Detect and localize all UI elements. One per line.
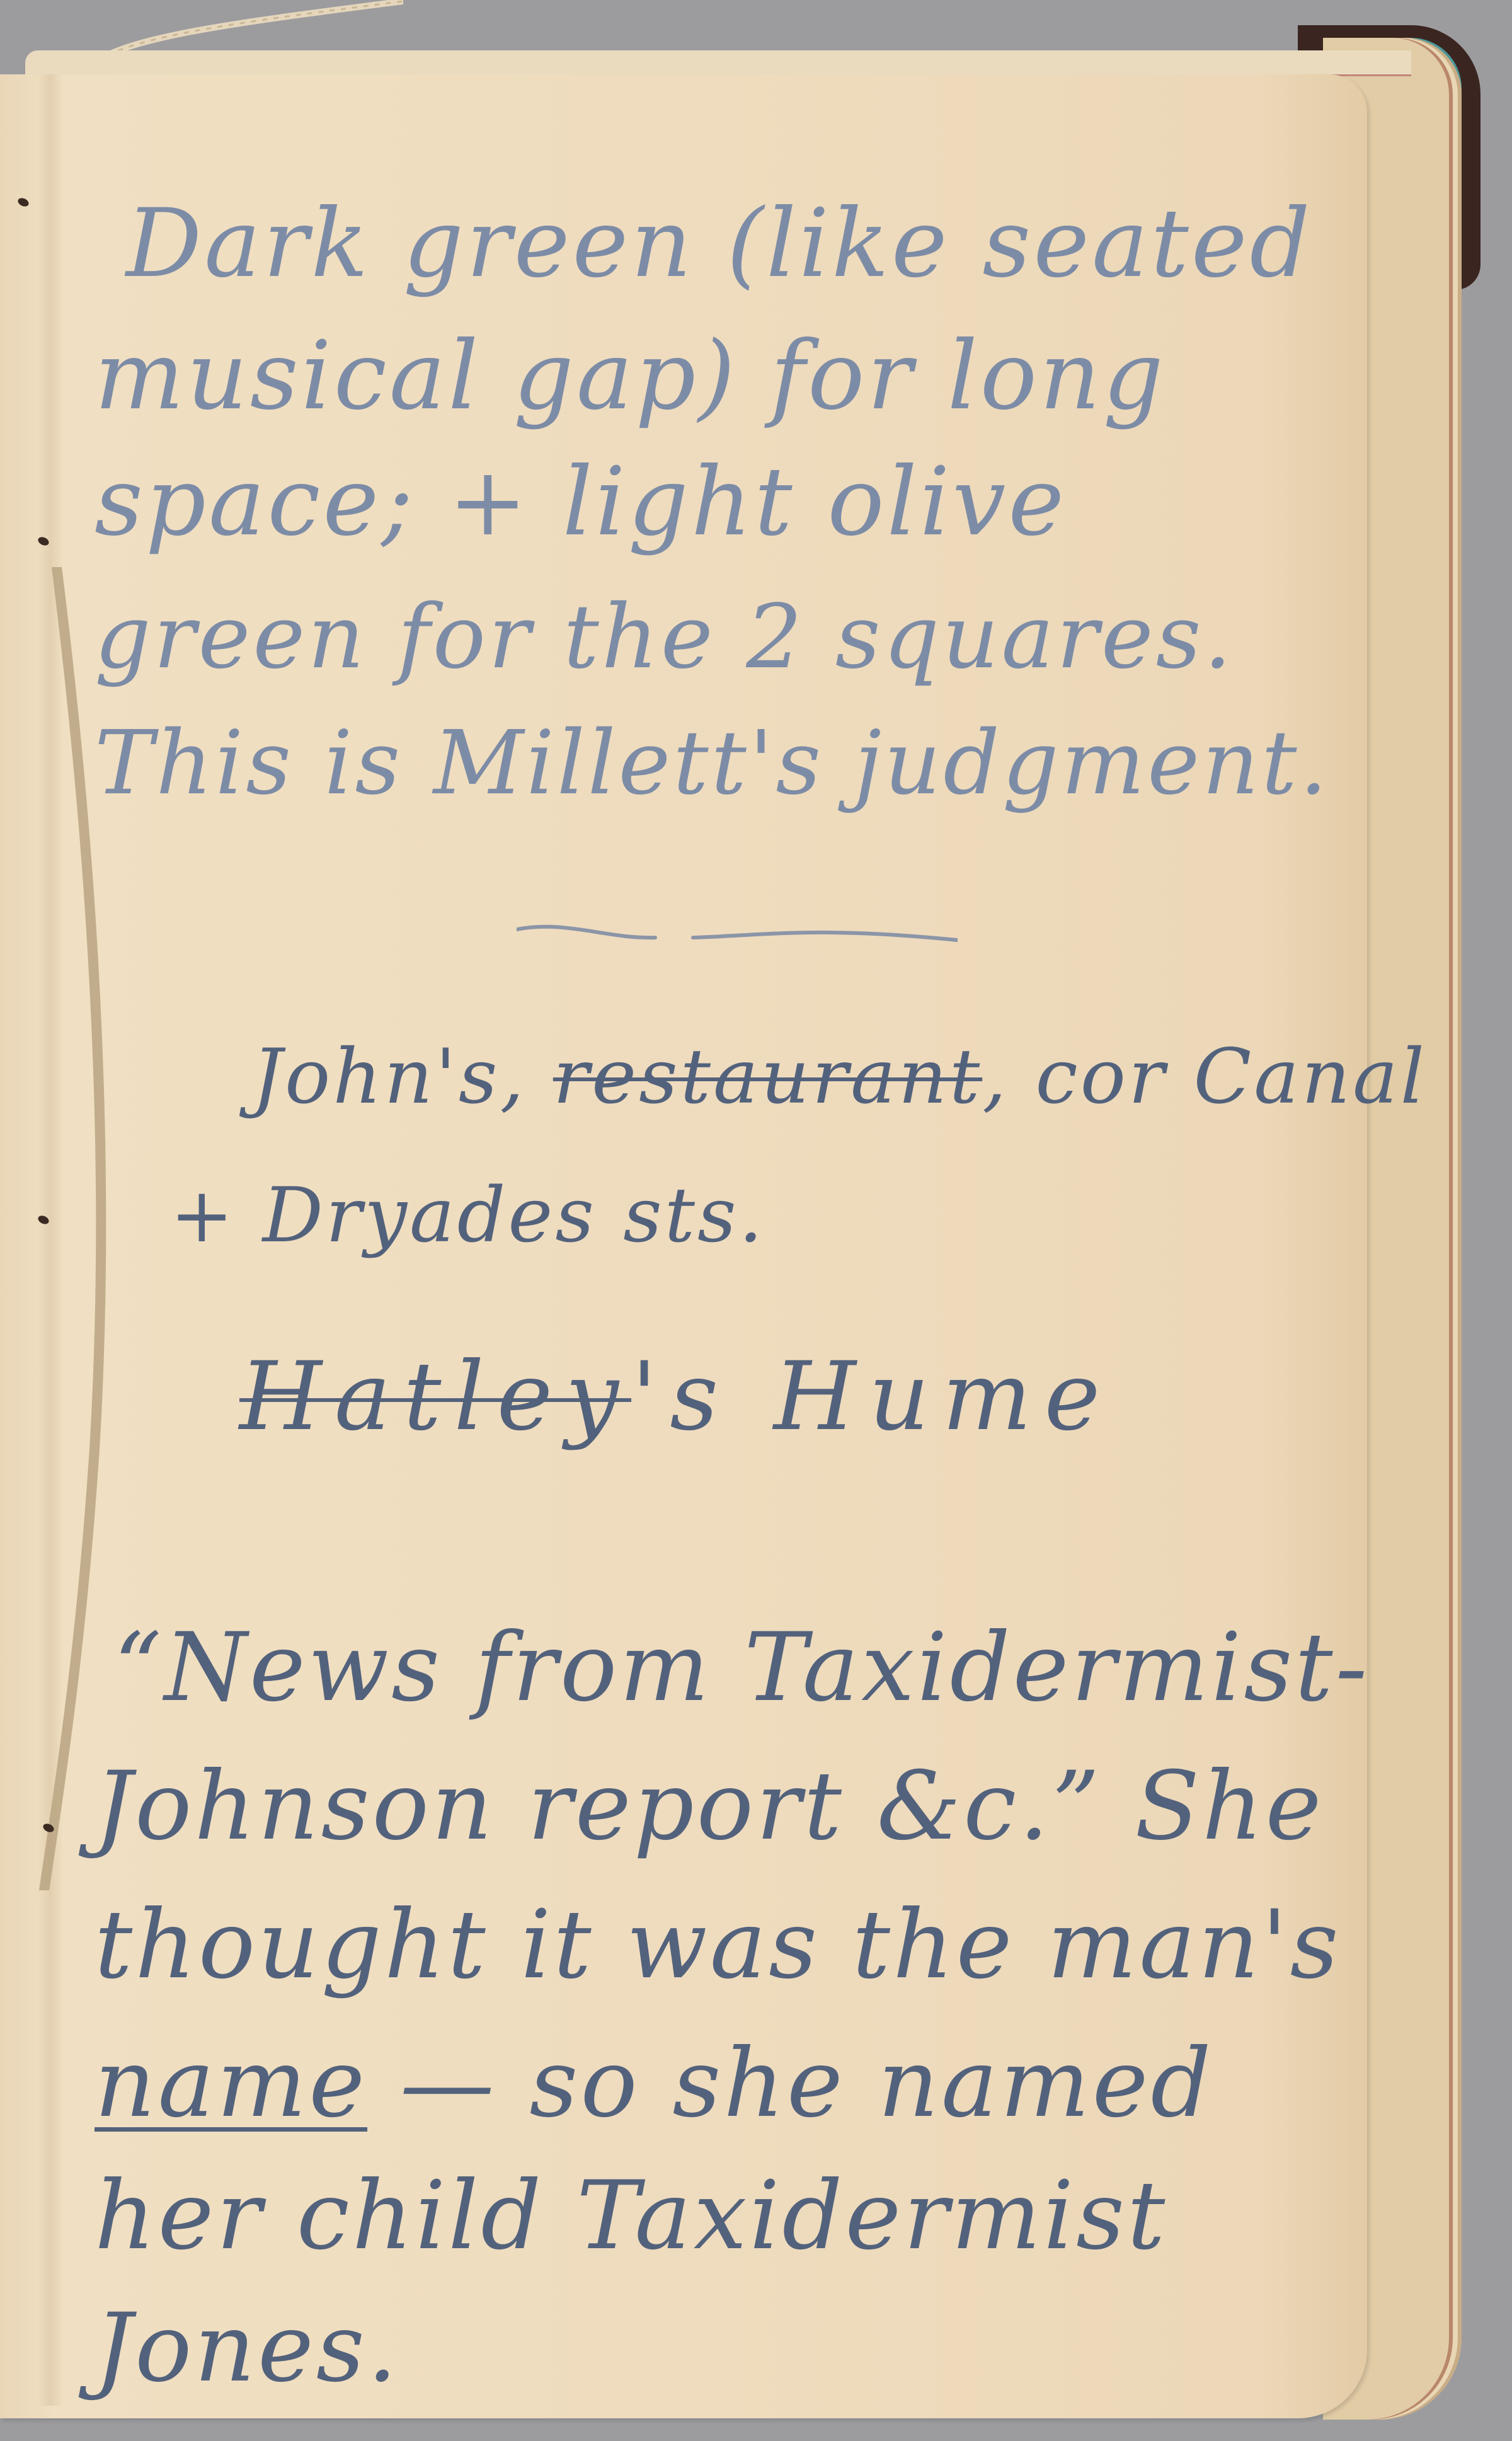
restaurant-location: , cor Canal (982, 1033, 1427, 1121)
line-continuation: — so she named (367, 2029, 1213, 2139)
underlined-word: name (94, 2029, 367, 2139)
notebook-top-edge (25, 50, 1411, 76)
restaurant-name: John's, (252, 1033, 553, 1121)
handwritten-line: Dark green (like seated (126, 189, 1313, 299)
handwritten-line: Jones. (94, 2294, 399, 2403)
section-divider (517, 920, 958, 945)
handwritten-line: musical gap) for long (94, 321, 1166, 431)
handwritten-line: “News from Taxidermist- (113, 1613, 1370, 1723)
book-title: 's Hume (631, 1342, 1113, 1452)
handwritten-line: green for the 2 squares. (94, 586, 1234, 689)
struck-word: Hatley (239, 1342, 631, 1452)
handwritten-line: + Dryades sts. (170, 1172, 765, 1260)
handwritten-line: Hatley's Hume (239, 1342, 1113, 1452)
handwritten-line: her child Taxidermist (94, 2161, 1167, 2271)
handwritten-line: thought it was the man's (94, 1890, 1341, 2000)
handwritten-line: space; + light olive (94, 447, 1067, 557)
handwritten-line: John's, restaurant, cor Canal (252, 1033, 1427, 1121)
struck-word: restaurant (553, 1033, 982, 1121)
handwritten-line: This is Millett's judgment. (94, 712, 1330, 815)
handwritten-line: Johnson report &c.” She (94, 1752, 1324, 1861)
handwritten-line: name — so she named (94, 2029, 1213, 2139)
